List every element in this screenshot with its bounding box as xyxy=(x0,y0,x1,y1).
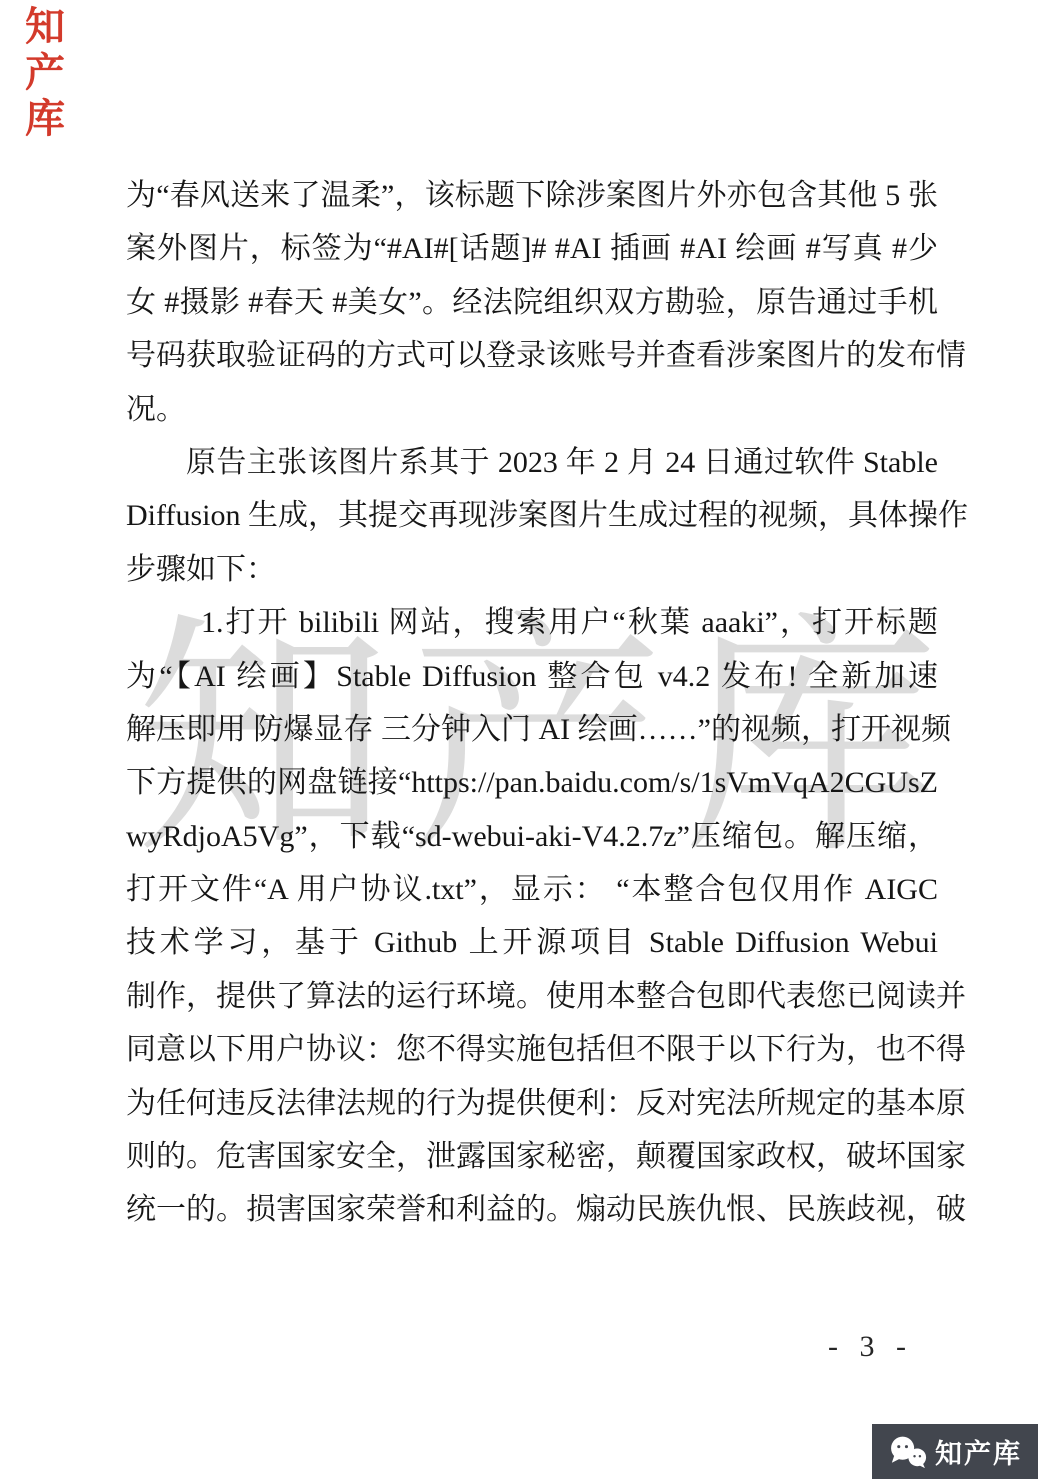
document-line: 统一的。损害国家荣誉和利益的。煽动民族仇恨、民族歧视，破 xyxy=(126,1183,938,1236)
document-line: wyRdjoA5Vg”，下载“sd-webui-aki-V4.2.7z”压缩包。… xyxy=(126,810,938,863)
document-line: 为“春风送来了温柔”，该标题下除涉案图片外亦包含其他 5 张 xyxy=(126,169,938,222)
document-line: 号码获取验证码的方式可以登录该账号并查看涉案图片的发布情 xyxy=(126,329,938,382)
document-line: 则的。危害国家安全，泄露国家秘密，颠覆国家政权，破坏国家 xyxy=(126,1130,938,1183)
document-line: 步骤如下： xyxy=(126,543,938,596)
document-line: 下方提供的网盘链接“https://pan.baidu.com/s/1sVmVq… xyxy=(126,756,938,809)
document-line: 为任何违反法律法规的行为提供便利：反对宪法所规定的基本原 xyxy=(126,1077,938,1130)
stamp-char: 知 xyxy=(22,4,68,50)
footer-badge-label: 知产库 xyxy=(935,1432,1022,1471)
stamp-char: 产 xyxy=(22,50,68,96)
document-line: 解压即用 防爆显存 三分钟入门 AI 绘画……”的视频，打开视频 xyxy=(126,703,938,756)
stamp-char: 库 xyxy=(22,96,68,142)
chat-bubbles-icon xyxy=(888,1435,928,1469)
document-line: 女 #摄影 #春天 #美女”。经法院组织双方勘验，原告通过手机 xyxy=(126,276,938,329)
document-line: 况。 xyxy=(126,383,938,436)
page: { "red_stamp": { "chars": ["知", "产", "库"… xyxy=(0,0,1038,1479)
document-text: 为“春风送来了温柔”，该标题下除涉案图片外亦包含其他 5 张案外图片，标签为“#… xyxy=(126,169,938,1237)
document-line: 技术学习，基于 Github 上开源项目 Stable Diffusion We… xyxy=(126,916,938,969)
document-line: 案外图片，标签为“#AI#[话题]# #AI 插画 #AI 绘画 #写真 #少 xyxy=(126,222,938,275)
document-line: 制作，提供了算法的运行环境。使用本整合包即代表您已阅读并 xyxy=(126,970,938,1023)
red-stamp: 知 产 库 xyxy=(22,4,68,142)
document-line: 同意以下用户协议：您不得实施包括但不限于以下行为，也不得 xyxy=(126,1023,938,1076)
document-line: 打开文件“A 用户协议.txt”，显示： “本整合包仅用作 AIGC xyxy=(126,863,938,916)
document-line: Diffusion 生成，其提交再现涉案图片生成过程的视频，具体操作 xyxy=(126,489,938,542)
page-number: - 3 - xyxy=(828,1330,913,1364)
footer-badge: 知产库 xyxy=(872,1424,1038,1479)
document-line: 为“【AI 绘画】Stable Diffusion 整合包 v4.2 发布! 全… xyxy=(126,650,938,703)
document-line: 1.打开 bilibili 网站，搜索用户“秋葉 aaaki”，打开标题 xyxy=(126,596,938,649)
document-line: 原告主张该图片系其于 2023 年 2 月 24 日通过软件 Stable xyxy=(126,436,938,489)
